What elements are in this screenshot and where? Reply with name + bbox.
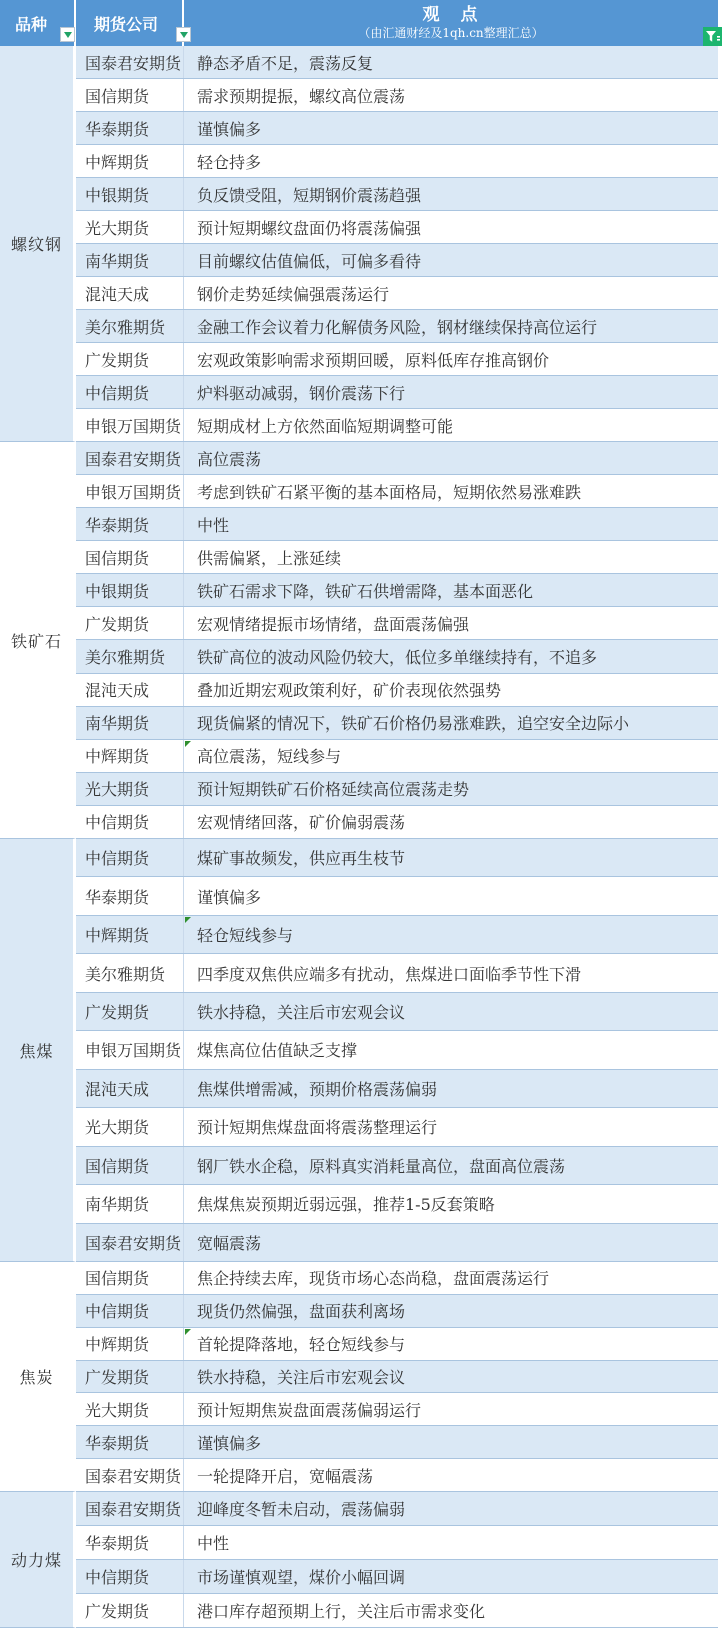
table-row: 中银期货铁矿石需求下降，铁矿石供增需降，基本面恶化 bbox=[76, 574, 718, 607]
table-row: 混沌天成叠加近期宏观政策利好，矿价表现依然强势 bbox=[76, 674, 718, 707]
viewpoint-text: 轻仓持多 bbox=[197, 150, 261, 173]
viewpoint-text: 轻仓短线参与 bbox=[197, 923, 293, 946]
company-cell: 中信期货 bbox=[76, 806, 184, 838]
company-cell: 广发期货 bbox=[76, 993, 184, 1030]
company-cell: 混沌天成 bbox=[76, 674, 184, 706]
company-cell: 中辉期货 bbox=[76, 916, 184, 953]
viewpoint-text: 高位震荡 bbox=[197, 447, 261, 470]
viewpoint-cell: 轻仓持多 bbox=[184, 145, 718, 177]
viewpoint-cell: 铁矿石需求下降，铁矿石供增需降，基本面恶化 bbox=[184, 574, 718, 606]
variety-cell: 焦煤 bbox=[0, 839, 76, 1262]
company-cell: 广发期货 bbox=[76, 1361, 184, 1393]
company-cell: 光大期货 bbox=[76, 1108, 184, 1145]
company-column-header: 期货公司 bbox=[76, 0, 184, 46]
viewpoint-cell: 预计短期铁矿石价格延续高位震荡走势 bbox=[184, 773, 718, 805]
viewpoint-text: 铁矿石需求下降，铁矿石供增需降，基本面恶化 bbox=[197, 579, 533, 602]
viewpoint-cell: 宽幅震荡 bbox=[184, 1224, 718, 1261]
viewpoint-cell: 高位震荡，短线参与 bbox=[184, 740, 718, 772]
table-row: 光大期货预计短期焦炭盘面震荡偏弱运行 bbox=[76, 1393, 718, 1426]
table-row: 国泰君安期货迎峰度冬暂未启动，震荡偏弱 bbox=[76, 1492, 718, 1526]
company-cell: 国信期货 bbox=[76, 541, 184, 573]
company-cell: 国信期货 bbox=[76, 1147, 184, 1184]
commodity-section: 螺纹钢国泰君安期货静态矛盾不足，震荡反复国信期货需求预期提振，螺纹高位震荡华泰期… bbox=[0, 46, 718, 442]
viewpoint-text: 首轮提降落地，轻仓短线参与 bbox=[197, 1332, 405, 1355]
company-cell: 国泰君安期货 bbox=[76, 1224, 184, 1261]
company-cell: 中银期货 bbox=[76, 574, 184, 606]
section-rows: 国泰君安期货迎峰度冬暂未启动，震荡偏弱华泰期货中性中信期货市场谨慎观望，煤价小幅… bbox=[76, 1492, 718, 1628]
viewpoint-cell: 铁水持稳，关注后市宏观会议 bbox=[184, 993, 718, 1030]
viewpoint-cell: 短期成材上方依然面临短期调整可能 bbox=[184, 409, 718, 441]
viewpoint-text: 煤焦高位估值缺乏支撑 bbox=[197, 1038, 357, 1061]
company-cell: 混沌天成 bbox=[76, 277, 184, 309]
commodity-section: 动力煤国泰君安期货迎峰度冬暂未启动，震荡偏弱华泰期货中性中信期货市场谨慎观望，煤… bbox=[0, 1492, 718, 1628]
company-cell: 申银万国期货 bbox=[76, 475, 184, 507]
comment-marker-icon bbox=[185, 1329, 191, 1335]
table-header: 品种 期货公司 观 点 （由汇通财经及1qh.cn整理汇总） bbox=[0, 0, 718, 46]
table-row: 国泰君安期货高位震荡 bbox=[76, 442, 718, 475]
viewpoint-header-title: 观 点 bbox=[423, 5, 480, 26]
viewpoint-text: 预计短期焦炭盘面震荡偏弱运行 bbox=[197, 1398, 421, 1421]
viewpoint-header-subtitle: （由汇通财经及1qh.cn整理汇总） bbox=[358, 26, 543, 41]
table-row: 南华期货现货偏紧的情况下，铁矿石价格仍易涨难跌，追空安全边际小 bbox=[76, 707, 718, 740]
viewpoint-text: 钢厂铁水企稳，原料真实消耗量高位，盘面高位震荡 bbox=[197, 1154, 565, 1177]
viewpoint-text: 谨慎偏多 bbox=[197, 1431, 261, 1454]
table-row: 国泰君安期货宽幅震荡 bbox=[76, 1224, 718, 1262]
viewpoint-text: 需求预期提振，螺纹高位震荡 bbox=[197, 84, 405, 107]
section-rows: 国泰君安期货高位震荡申银万国期货考虑到铁矿石紧平衡的基本面格局，短期依然易涨难跌… bbox=[76, 442, 718, 839]
company-filter-dropdown[interactable] bbox=[176, 27, 191, 42]
company-header-label: 期货公司 bbox=[94, 12, 164, 35]
table-row: 中信期货煤矿事故频发，供应再生枝节 bbox=[76, 839, 718, 877]
viewpoint-text: 港口库存超预期上行，关注后市需求变化 bbox=[197, 1599, 485, 1622]
viewpoint-cell: 焦煤供增需减，预期价格震荡偏弱 bbox=[184, 1070, 718, 1107]
viewpoint-text: 一轮提降开启，宽幅震荡 bbox=[197, 1464, 373, 1487]
viewpoint-text: 铁矿高位的波动风险仍较大，低位多单继续持有，不追多 bbox=[197, 645, 597, 668]
company-cell: 美尔雅期货 bbox=[76, 954, 184, 991]
table-row: 国信期货需求预期提振，螺纹高位震荡 bbox=[76, 79, 718, 112]
viewpoint-text: 谨慎偏多 bbox=[197, 885, 261, 908]
section-rows: 国泰君安期货静态矛盾不足，震荡反复国信期货需求预期提振，螺纹高位震荡华泰期货谨慎… bbox=[76, 46, 718, 442]
table-row: 华泰期货中性 bbox=[76, 508, 718, 541]
company-cell: 广发期货 bbox=[76, 607, 184, 639]
table-row: 中辉期货首轮提降落地，轻仓短线参与 bbox=[76, 1328, 718, 1361]
comment-marker-icon bbox=[185, 741, 191, 747]
company-cell: 中信期货 bbox=[76, 1295, 184, 1327]
company-cell: 华泰期货 bbox=[76, 508, 184, 540]
viewpoint-cell: 一轮提降开启，宽幅震荡 bbox=[184, 1459, 718, 1491]
viewpoint-cell: 预计短期焦煤盘面将震荡整理运行 bbox=[184, 1108, 718, 1145]
table-row: 华泰期货谨慎偏多 bbox=[76, 877, 718, 915]
viewpoint-text: 预计短期螺纹盘面仍将震荡偏强 bbox=[197, 216, 421, 239]
company-cell: 南华期货 bbox=[76, 244, 184, 276]
table-row: 广发期货铁水持稳，关注后市宏观会议 bbox=[76, 993, 718, 1031]
table-row: 申银万国期货考虑到铁矿石紧平衡的基本面格局，短期依然易涨难跌 bbox=[76, 475, 718, 508]
company-cell: 光大期货 bbox=[76, 1393, 184, 1425]
company-cell: 美尔雅期货 bbox=[76, 640, 184, 672]
viewpoint-cell: 轻仓短线参与 bbox=[184, 916, 718, 953]
company-cell: 美尔雅期货 bbox=[76, 310, 184, 342]
table-row: 光大期货预计短期铁矿石价格延续高位震荡走势 bbox=[76, 773, 718, 806]
variety-cell: 铁矿石 bbox=[0, 442, 76, 839]
company-cell: 申银万国期货 bbox=[76, 1031, 184, 1068]
viewpoint-text: 目前螺纹估值偏低，可偏多看待 bbox=[197, 249, 421, 272]
company-cell: 中信期货 bbox=[76, 376, 184, 408]
viewpoint-text: 预计短期铁矿石价格延续高位震荡走势 bbox=[197, 777, 469, 800]
viewpoint-cell: 焦煤焦炭预期近弱远强，推荐1-5反套策略 bbox=[184, 1185, 718, 1222]
viewpoint-cell: 需求预期提振，螺纹高位震荡 bbox=[184, 79, 718, 111]
dropdown-arrow-icon bbox=[64, 32, 72, 38]
viewpoint-text: 预计短期焦煤盘面将震荡整理运行 bbox=[197, 1115, 437, 1138]
viewpoint-text: 焦煤供增需减，预期价格震荡偏弱 bbox=[197, 1077, 437, 1100]
table-row: 国泰君安期货静态矛盾不足，震荡反复 bbox=[76, 46, 718, 79]
viewpoint-text: 炉料驱动减弱，钢价震荡下行 bbox=[197, 381, 405, 404]
company-cell: 中辉期货 bbox=[76, 740, 184, 772]
viewpoint-cell: 宏观政策影响需求预期回暖，原料低库存推高钢价 bbox=[184, 343, 718, 375]
table-row: 国信期货焦企持续去库，现货市场心态尚稳，盘面震荡运行 bbox=[76, 1262, 718, 1295]
filter-button[interactable] bbox=[703, 27, 722, 46]
viewpoint-cell: 中性 bbox=[184, 508, 718, 540]
table-row: 中信期货宏观情绪回落，矿价偏弱震荡 bbox=[76, 806, 718, 839]
table-row: 中辉期货轻仓持多 bbox=[76, 145, 718, 178]
viewpoint-cell: 铁水持稳，关注后市宏观会议 bbox=[184, 1361, 718, 1393]
viewpoint-text: 负反馈受阻，短期钢价震荡趋强 bbox=[197, 183, 421, 206]
viewpoint-cell: 现货偏紧的情况下，铁矿石价格仍易涨难跌，追空安全边际小 bbox=[184, 707, 718, 739]
company-cell: 华泰期货 bbox=[76, 1526, 184, 1559]
company-cell: 广发期货 bbox=[76, 343, 184, 375]
viewpoint-column-header: 观 点 （由汇通财经及1qh.cn整理汇总） bbox=[184, 0, 718, 46]
viewpoint-cell: 金融工作会议着力化解债务风险，钢材继续保持高位运行 bbox=[184, 310, 718, 342]
viewpoint-cell: 宏观情绪提振市场情绪，盘面震荡偏强 bbox=[184, 607, 718, 639]
section-rows: 中信期货煤矿事故频发，供应再生枝节华泰期货谨慎偏多中辉期货轻仓短线参与美尔雅期货… bbox=[76, 839, 718, 1262]
funnel-icon bbox=[703, 27, 722, 46]
viewpoint-text: 静态矛盾不足，震荡反复 bbox=[197, 51, 373, 74]
viewpoint-text: 煤矿事故频发，供应再生枝节 bbox=[197, 846, 405, 869]
viewpoint-text: 金融工作会议着力化解债务风险，钢材继续保持高位运行 bbox=[197, 315, 597, 338]
commodity-section: 铁矿石国泰君安期货高位震荡申银万国期货考虑到铁矿石紧平衡的基本面格局，短期依然易… bbox=[0, 442, 718, 839]
viewpoint-cell: 市场谨慎观望，煤价小幅回调 bbox=[184, 1560, 718, 1593]
table-row: 美尔雅期货四季度双焦供应端多有扰动，焦煤进口面临季节性下滑 bbox=[76, 954, 718, 992]
table-row: 中信期货现货仍然偏强，盘面获利离场 bbox=[76, 1295, 718, 1328]
commodity-section: 焦煤中信期货煤矿事故频发，供应再生枝节华泰期货谨慎偏多中辉期货轻仓短线参与美尔雅… bbox=[0, 839, 718, 1262]
viewpoint-cell: 迎峰度冬暂未启动，震荡偏弱 bbox=[184, 1492, 718, 1525]
viewpoint-cell: 静态矛盾不足，震荡反复 bbox=[184, 46, 718, 78]
viewpoint-cell: 高位震荡 bbox=[184, 442, 718, 474]
company-cell: 华泰期货 bbox=[76, 112, 184, 144]
table-row: 广发期货宏观政策影响需求预期回暖，原料低库存推高钢价 bbox=[76, 343, 718, 376]
table-row: 申银万国期货煤焦高位估值缺乏支撑 bbox=[76, 1031, 718, 1069]
viewpoint-cell: 炉料驱动减弱，钢价震荡下行 bbox=[184, 376, 718, 408]
company-cell: 光大期货 bbox=[76, 211, 184, 243]
viewpoint-text: 钢价走势延续偏强震荡运行 bbox=[197, 282, 389, 305]
commodity-section: 焦炭国信期货焦企持续去库，现货市场心态尚稳，盘面震荡运行中信期货现货仍然偏强，盘… bbox=[0, 1262, 718, 1492]
viewpoint-text: 铁水持稳，关注后市宏观会议 bbox=[197, 1365, 405, 1388]
viewpoint-cell: 谨慎偏多 bbox=[184, 112, 718, 144]
table-row: 美尔雅期货金融工作会议着力化解债务风险，钢材继续保持高位运行 bbox=[76, 310, 718, 343]
company-cell: 光大期货 bbox=[76, 773, 184, 805]
table-row: 中信期货市场谨慎观望，煤价小幅回调 bbox=[76, 1560, 718, 1594]
viewpoint-text: 四季度双焦供应端多有扰动，焦煤进口面临季节性下滑 bbox=[197, 962, 581, 985]
variety-column-header: 品种 bbox=[0, 0, 76, 46]
company-cell: 华泰期货 bbox=[76, 877, 184, 914]
company-cell: 混沌天成 bbox=[76, 1070, 184, 1107]
viewpoint-text: 焦企持续去库，现货市场心态尚稳，盘面震荡运行 bbox=[197, 1266, 549, 1289]
viewpoint-text: 焦煤焦炭预期近弱远强，推荐1-5反套策略 bbox=[197, 1192, 495, 1215]
table-row: 中辉期货轻仓短线参与 bbox=[76, 916, 718, 954]
table-row: 申银万国期货短期成材上方依然面临短期调整可能 bbox=[76, 409, 718, 442]
viewpoint-cell: 现货仍然偏强，盘面获利离场 bbox=[184, 1295, 718, 1327]
viewpoint-text: 高位震荡，短线参与 bbox=[197, 744, 341, 767]
table-body: 螺纹钢国泰君安期货静态矛盾不足，震荡反复国信期货需求预期提振，螺纹高位震荡华泰期… bbox=[0, 46, 718, 1628]
company-cell: 中银期货 bbox=[76, 178, 184, 210]
company-cell: 国信期货 bbox=[76, 79, 184, 111]
table-row: 混沌天成焦煤供增需减，预期价格震荡偏弱 bbox=[76, 1070, 718, 1108]
viewpoint-cell: 负反馈受阻，短期钢价震荡趋强 bbox=[184, 178, 718, 210]
company-cell: 中信期货 bbox=[76, 1560, 184, 1593]
table-row: 光大期货预计短期焦煤盘面将震荡整理运行 bbox=[76, 1108, 718, 1146]
viewpoint-cell: 煤焦高位估值缺乏支撑 bbox=[184, 1031, 718, 1068]
variety-filter-dropdown[interactable] bbox=[60, 27, 75, 42]
viewpoint-cell: 谨慎偏多 bbox=[184, 877, 718, 914]
viewpoint-cell: 供需偏紧，上涨延续 bbox=[184, 541, 718, 573]
table-row: 华泰期货谨慎偏多 bbox=[76, 1426, 718, 1459]
table-row: 国信期货钢厂铁水企稳，原料真实消耗量高位，盘面高位震荡 bbox=[76, 1147, 718, 1185]
table-row: 中信期货炉料驱动减弱，钢价震荡下行 bbox=[76, 376, 718, 409]
company-cell: 国泰君安期货 bbox=[76, 46, 184, 78]
table-row: 广发期货港口库存超预期上行，关注后市需求变化 bbox=[76, 1594, 718, 1628]
viewpoint-cell: 中性 bbox=[184, 1526, 718, 1559]
viewpoint-cell: 目前螺纹估值偏低，可偏多看待 bbox=[184, 244, 718, 276]
variety-cell: 动力煤 bbox=[0, 1492, 76, 1628]
viewpoint-text: 考虑到铁矿石紧平衡的基本面格局，短期依然易涨难跌 bbox=[197, 480, 581, 503]
company-cell: 国泰君安期货 bbox=[76, 1459, 184, 1491]
table-row: 国泰君安期货一轮提降开启，宽幅震荡 bbox=[76, 1459, 718, 1492]
viewpoint-text: 市场谨慎观望，煤价小幅回调 bbox=[197, 1565, 405, 1588]
viewpoint-cell: 预计短期螺纹盘面仍将震荡偏强 bbox=[184, 211, 718, 243]
table-row: 广发期货宏观情绪提振市场情绪，盘面震荡偏强 bbox=[76, 607, 718, 640]
comment-marker-icon bbox=[185, 917, 191, 923]
viewpoint-text: 宏观政策影响需求预期回暖，原料低库存推高钢价 bbox=[197, 348, 549, 371]
viewpoint-text: 迎峰度冬暂未启动，震荡偏弱 bbox=[197, 1497, 405, 1520]
viewpoint-cell: 首轮提降落地，轻仓短线参与 bbox=[184, 1328, 718, 1360]
viewpoint-text: 现货偏紧的情况下，铁矿石价格仍易涨难跌，追空安全边际小 bbox=[197, 711, 629, 734]
viewpoint-cell: 谨慎偏多 bbox=[184, 1426, 718, 1458]
table-row: 国信期货供需偏紧，上涨延续 bbox=[76, 541, 718, 574]
table-row: 南华期货目前螺纹估值偏低，可偏多看待 bbox=[76, 244, 718, 277]
viewpoint-text: 中性 bbox=[197, 1531, 229, 1554]
company-cell: 南华期货 bbox=[76, 1185, 184, 1222]
viewpoint-text: 铁水持稳，关注后市宏观会议 bbox=[197, 1000, 405, 1023]
viewpoint-text: 短期成材上方依然面临短期调整可能 bbox=[197, 414, 453, 437]
table-row: 美尔雅期货铁矿高位的波动风险仍较大，低位多单继续持有，不追多 bbox=[76, 640, 718, 673]
viewpoint-cell: 港口库存超预期上行，关注后市需求变化 bbox=[184, 1594, 718, 1627]
section-rows: 国信期货焦企持续去库，现货市场心态尚稳，盘面震荡运行中信期货现货仍然偏强，盘面获… bbox=[76, 1262, 718, 1492]
variety-header-label: 品种 bbox=[15, 12, 59, 35]
company-cell: 中辉期货 bbox=[76, 1328, 184, 1360]
company-cell: 华泰期货 bbox=[76, 1426, 184, 1458]
viewpoint-text: 宏观情绪回落，矿价偏弱震荡 bbox=[197, 810, 405, 833]
company-cell: 国泰君安期货 bbox=[76, 1492, 184, 1525]
company-cell: 广发期货 bbox=[76, 1594, 184, 1627]
table-row: 混沌天成钢价走势延续偏强震荡运行 bbox=[76, 277, 718, 310]
viewpoint-text: 中性 bbox=[197, 513, 229, 536]
viewpoint-cell: 煤矿事故频发，供应再生枝节 bbox=[184, 839, 718, 876]
company-cell: 国信期货 bbox=[76, 1262, 184, 1294]
table-row: 华泰期货中性 bbox=[76, 1526, 718, 1560]
viewpoint-text: 供需偏紧，上涨延续 bbox=[197, 546, 341, 569]
company-cell: 申银万国期货 bbox=[76, 409, 184, 441]
viewpoint-cell: 宏观情绪回落，矿价偏弱震荡 bbox=[184, 806, 718, 838]
viewpoint-text: 宏观情绪提振市场情绪，盘面震荡偏强 bbox=[197, 612, 469, 635]
viewpoint-cell: 考虑到铁矿石紧平衡的基本面格局，短期依然易涨难跌 bbox=[184, 475, 718, 507]
futures-opinion-table: 品种 期货公司 观 点 （由汇通财经及1qh.cn整理汇总） 螺纹钢国泰君安期货… bbox=[0, 0, 722, 1628]
viewpoint-text: 谨慎偏多 bbox=[197, 117, 261, 140]
table-row: 华泰期货谨慎偏多 bbox=[76, 112, 718, 145]
company-cell: 国泰君安期货 bbox=[76, 442, 184, 474]
viewpoint-cell: 预计短期焦炭盘面震荡偏弱运行 bbox=[184, 1393, 718, 1425]
company-cell: 中辉期货 bbox=[76, 145, 184, 177]
viewpoint-cell: 铁矿高位的波动风险仍较大，低位多单继续持有，不追多 bbox=[184, 640, 718, 672]
variety-cell: 螺纹钢 bbox=[0, 46, 76, 442]
viewpoint-text: 叠加近期宏观政策利好，矿价表现依然强势 bbox=[197, 678, 501, 701]
table-row: 中辉期货高位震荡，短线参与 bbox=[76, 740, 718, 773]
table-row: 南华期货焦煤焦炭预期近弱远强，推荐1-5反套策略 bbox=[76, 1185, 718, 1223]
viewpoint-text: 宽幅震荡 bbox=[197, 1231, 261, 1254]
viewpoint-cell: 四季度双焦供应端多有扰动，焦煤进口面临季节性下滑 bbox=[184, 954, 718, 991]
viewpoint-cell: 钢厂铁水企稳，原料真实消耗量高位，盘面高位震荡 bbox=[184, 1147, 718, 1184]
dropdown-arrow-icon bbox=[180, 32, 188, 38]
table-row: 光大期货预计短期螺纹盘面仍将震荡偏强 bbox=[76, 211, 718, 244]
company-cell: 南华期货 bbox=[76, 707, 184, 739]
table-row: 广发期货铁水持稳，关注后市宏观会议 bbox=[76, 1361, 718, 1394]
viewpoint-cell: 钢价走势延续偏强震荡运行 bbox=[184, 277, 718, 309]
viewpoint-cell: 叠加近期宏观政策利好，矿价表现依然强势 bbox=[184, 674, 718, 706]
variety-cell: 焦炭 bbox=[0, 1262, 76, 1492]
viewpoint-cell: 焦企持续去库，现货市场心态尚稳，盘面震荡运行 bbox=[184, 1262, 718, 1294]
viewpoint-text: 现货仍然偏强，盘面获利离场 bbox=[197, 1299, 405, 1322]
table-row: 中银期货负反馈受阻，短期钢价震荡趋强 bbox=[76, 178, 718, 211]
company-cell: 中信期货 bbox=[76, 839, 184, 876]
